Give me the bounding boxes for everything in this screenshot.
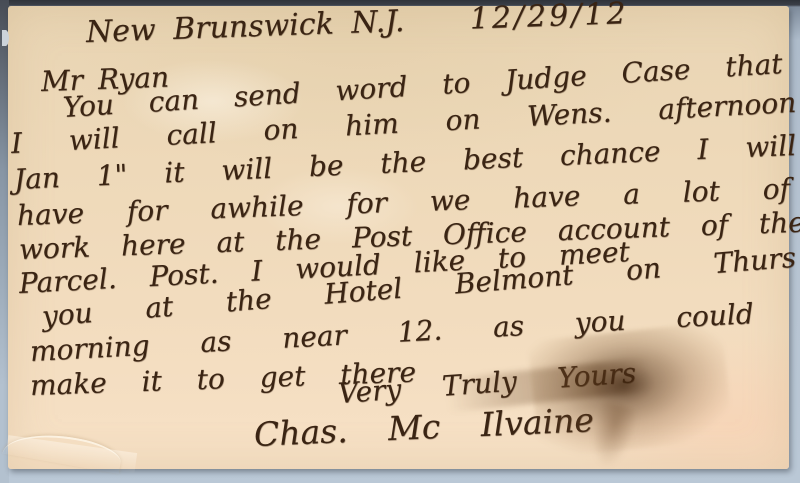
location-text: New Brunswick N.J. xyxy=(85,4,405,50)
postcard-photo: New Brunswick N.J. 12/29/12 Mr Ryan You … xyxy=(0,0,800,483)
crease-mark xyxy=(2,426,123,474)
date-text: 12/29/12 xyxy=(469,0,629,37)
dateline: New Brunswick N.J. 12/29/12 xyxy=(85,0,629,48)
edge-nick xyxy=(2,30,9,46)
postcard: New Brunswick N.J. 12/29/12 Mr Ryan You … xyxy=(8,6,789,469)
worn-corner xyxy=(5,435,137,479)
signature-line: Chas. Mc Ilvaine xyxy=(253,403,594,451)
